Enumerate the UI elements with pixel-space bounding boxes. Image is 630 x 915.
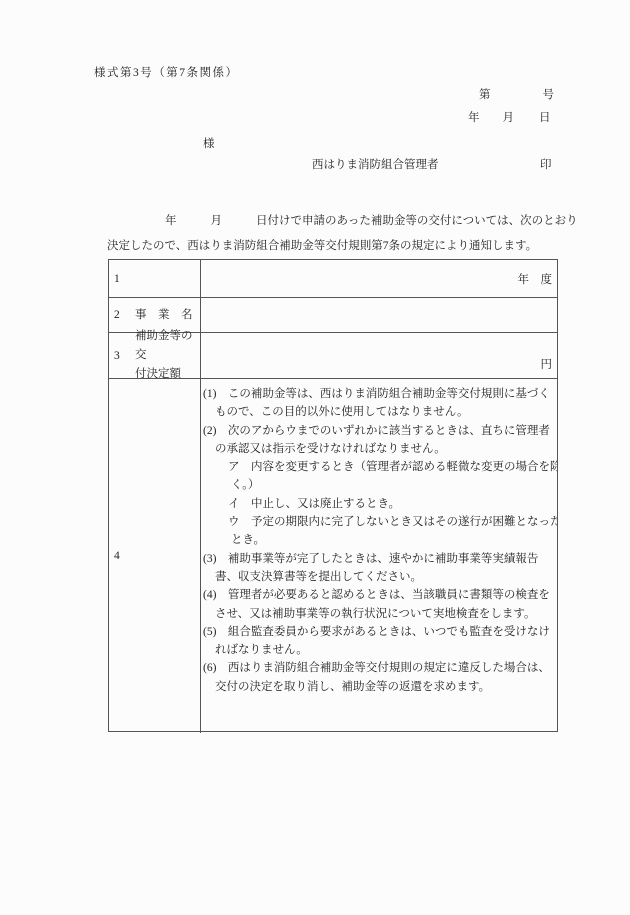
row3-value-cell: 円 (201, 333, 557, 378)
date-month-label: 月 (503, 112, 515, 124)
condition-line: ア 内容を変更するとき（管理者が認める軽微な変更の場合を除 (201, 458, 556, 476)
table-row-3-grant-amount: 3補助金等の交 付決定額 円 (109, 333, 557, 379)
paragraph-text-1: 日付けで申請のあった補助金等の交付については、次のとおり (256, 215, 578, 227)
doc-number-suffix: 号 (543, 89, 555, 101)
year-blank (177, 223, 211, 224)
issuer-title: 西はりま消防組合管理者 (312, 158, 439, 173)
date-month-blank (514, 120, 539, 121)
condition-line: (3) 補助事業等が完了したときは、速やかに補助事業等実績報告 (201, 550, 556, 568)
date-year-blank (480, 120, 503, 121)
decision-table: 1 年 度 2事 業 名 3補助金等の交 付決定額 円 4 (1) この補助金等… (108, 259, 558, 732)
date-line: 年月日 (468, 111, 551, 126)
table-row-4-conditions: 4 (1) この補助金等は、西はりま消防組合補助金等交付規則に基づく もので、こ… (109, 379, 557, 733)
condition-line: とき。 (201, 531, 556, 549)
fiscal-year-label: 年 度 (518, 271, 553, 287)
document-number-line: 第号 (479, 88, 554, 103)
doc-number-blank (491, 97, 543, 98)
paragraph-line-2: 決定したので、西はりま消防組合補助金等交付規則第7条の規定により通知します。 (107, 234, 559, 259)
condition-line: く。） (201, 476, 556, 494)
condition-line: (1) この補助金等は、西はりま消防組合補助金等交付規則に基づく (201, 385, 556, 403)
document-page: 様式第3号（第7条関係） 第号 年月日 様 西はりま消防組合管理者 印 年月日付… (0, 0, 630, 915)
condition-line: (5) 組合監査委員から要求があるときは、いつでも監査を受けなけ (201, 623, 556, 641)
condition-line: させ、又は補助事業等の執行状況について実地検査をします。 (201, 605, 556, 623)
row3-label-cell: 3補助金等の交 付決定額 (109, 333, 201, 378)
month-blank (222, 223, 256, 224)
condition-line: 書、収支決算書等を提出してください。 (201, 568, 556, 586)
table-row-1-fiscal-year: 1 年 度 (109, 260, 557, 298)
condition-line: ウ 予定の期限内に完了しないとき又はその遂行が困難となった (201, 513, 556, 531)
form-number: 様式第3号（第7条関係） (94, 66, 239, 81)
condition-line: イ 中止し、又は廃止するとき。 (201, 495, 556, 513)
row1-number-cell: 1 (109, 260, 201, 297)
date-day-label: 日 (539, 112, 551, 124)
paragraph-line-1: 年月日付けで申請のあった補助金等の交付については、次のとおり (107, 209, 559, 234)
condition-line: (6) 西はりま消防組合補助金等交付規則の規定に違反した場合は、 (201, 659, 556, 677)
row4-number: 4 (114, 550, 135, 562)
paragraph-indent (107, 223, 165, 224)
seal-mark: 印 (540, 158, 552, 173)
row1-value-cell: 年 度 (201, 260, 557, 297)
addressee-suffix: 様 (203, 137, 215, 152)
date-year-label: 年 (468, 112, 480, 124)
condition-line: (2) 次のアからウまでのいずれかに該当するときは、直ちに管理者 (201, 422, 556, 440)
notification-paragraph: 年月日付けで申請のあった補助金等の交付については、次のとおり 決定したので、西は… (107, 209, 559, 259)
condition-line: もので、この目的以外に使用してはなりません。 (201, 403, 556, 421)
project-name-label: 事 業 名 (135, 306, 193, 325)
yen-label: 円 (541, 356, 553, 372)
grant-amount-label: 補助金等の交 付決定額 (135, 327, 200, 384)
blank-year-label: 年 (165, 215, 177, 227)
blank-month-label: 月 (211, 215, 223, 227)
row4-number-cell: 4 (109, 379, 201, 733)
row2-number: 2 (114, 309, 135, 321)
condition-line: ればなりません。 (201, 641, 556, 659)
row2-value-cell (201, 298, 557, 332)
condition-line: 交付の決定を取り消し、補助金等の返還を求めます。 (201, 678, 556, 696)
doc-number-prefix: 第 (479, 89, 491, 101)
conditions-list: (1) この補助金等は、西はりま消防組合補助金等交付規則に基づく もので、この目… (201, 379, 557, 733)
row3-number: 3 (114, 350, 135, 362)
condition-line: (4) 管理者が必要あると認めるときは、当該職員に書類等の検査を (201, 586, 556, 604)
condition-line: の承認又は指示を受けなければなりません。 (201, 440, 556, 458)
row1-number: 1 (114, 273, 135, 285)
